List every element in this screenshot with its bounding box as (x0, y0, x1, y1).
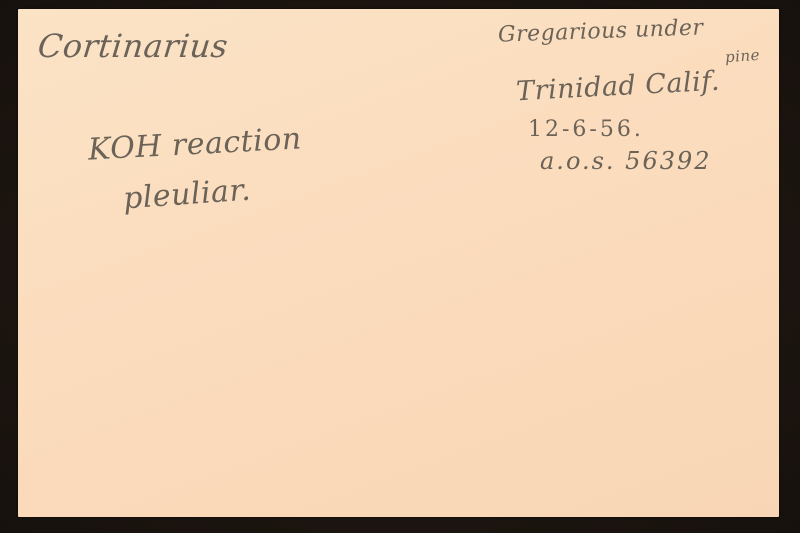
habitat-note: Gregarious under (498, 15, 704, 47)
specimen-label-card: Cortinarius Gregarious under pine Trinid… (18, 9, 779, 517)
genus-label: Cortinarius (36, 27, 230, 65)
koh-reaction-result: pleuliar. (122, 173, 252, 217)
collector-number: a.o.s. 56392 (540, 147, 712, 175)
locality-label: Trinidad Calif. (515, 66, 720, 108)
habitat-note-continuation: pine (724, 46, 760, 66)
collection-date: 12-6-56. (528, 117, 644, 142)
koh-reaction-note: KOH reaction (87, 121, 302, 167)
